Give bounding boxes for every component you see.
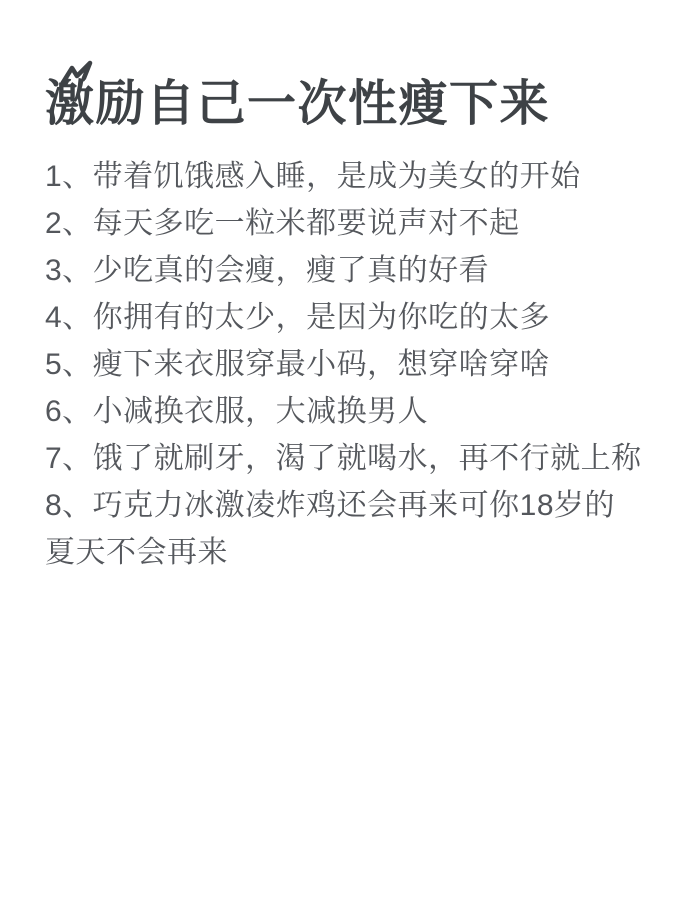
list-item: 2、每天多吃一粒米都要说声对不起 [45,200,680,247]
list-item: 5、瘦下来衣服穿最小码，想穿啥穿啥 [45,341,680,388]
list-item: 6、小减换衣服，大减换男人 [45,388,680,435]
motivation-list: 1、带着饥饿感入睡，是成为美女的开始 2、每天多吃一粒米都要说声对不起 3、少吃… [45,153,680,576]
note-content: 激励自己一次性瘦下来 1、带着饥饿感入睡，是成为美女的开始 2、每天多吃一粒米都… [0,0,690,576]
list-item: 8、巧克力冰激凌炸鸡还会再来可你18岁的 夏天不会再来 [45,482,680,576]
note-page: 激励自己一次性瘦下来 1、带着饥饿感入睡，是成为美女的开始 2、每天多吃一粒米都… [0,0,690,920]
page-title-text: 激励自己一次性瘦下来 [45,77,550,131]
list-item: 1、带着饥饿感入睡，是成为美女的开始 [45,153,680,200]
list-item: 7、饿了就刷牙，渴了就喝水，再不行就上称 [45,435,680,482]
list-item: 4、你拥有的太少，是因为你吃的太多 [45,294,680,341]
list-item: 3、少吃真的会瘦，瘦了真的好看 [45,247,680,294]
page-title: 激励自己一次性瘦下来 [45,76,680,132]
